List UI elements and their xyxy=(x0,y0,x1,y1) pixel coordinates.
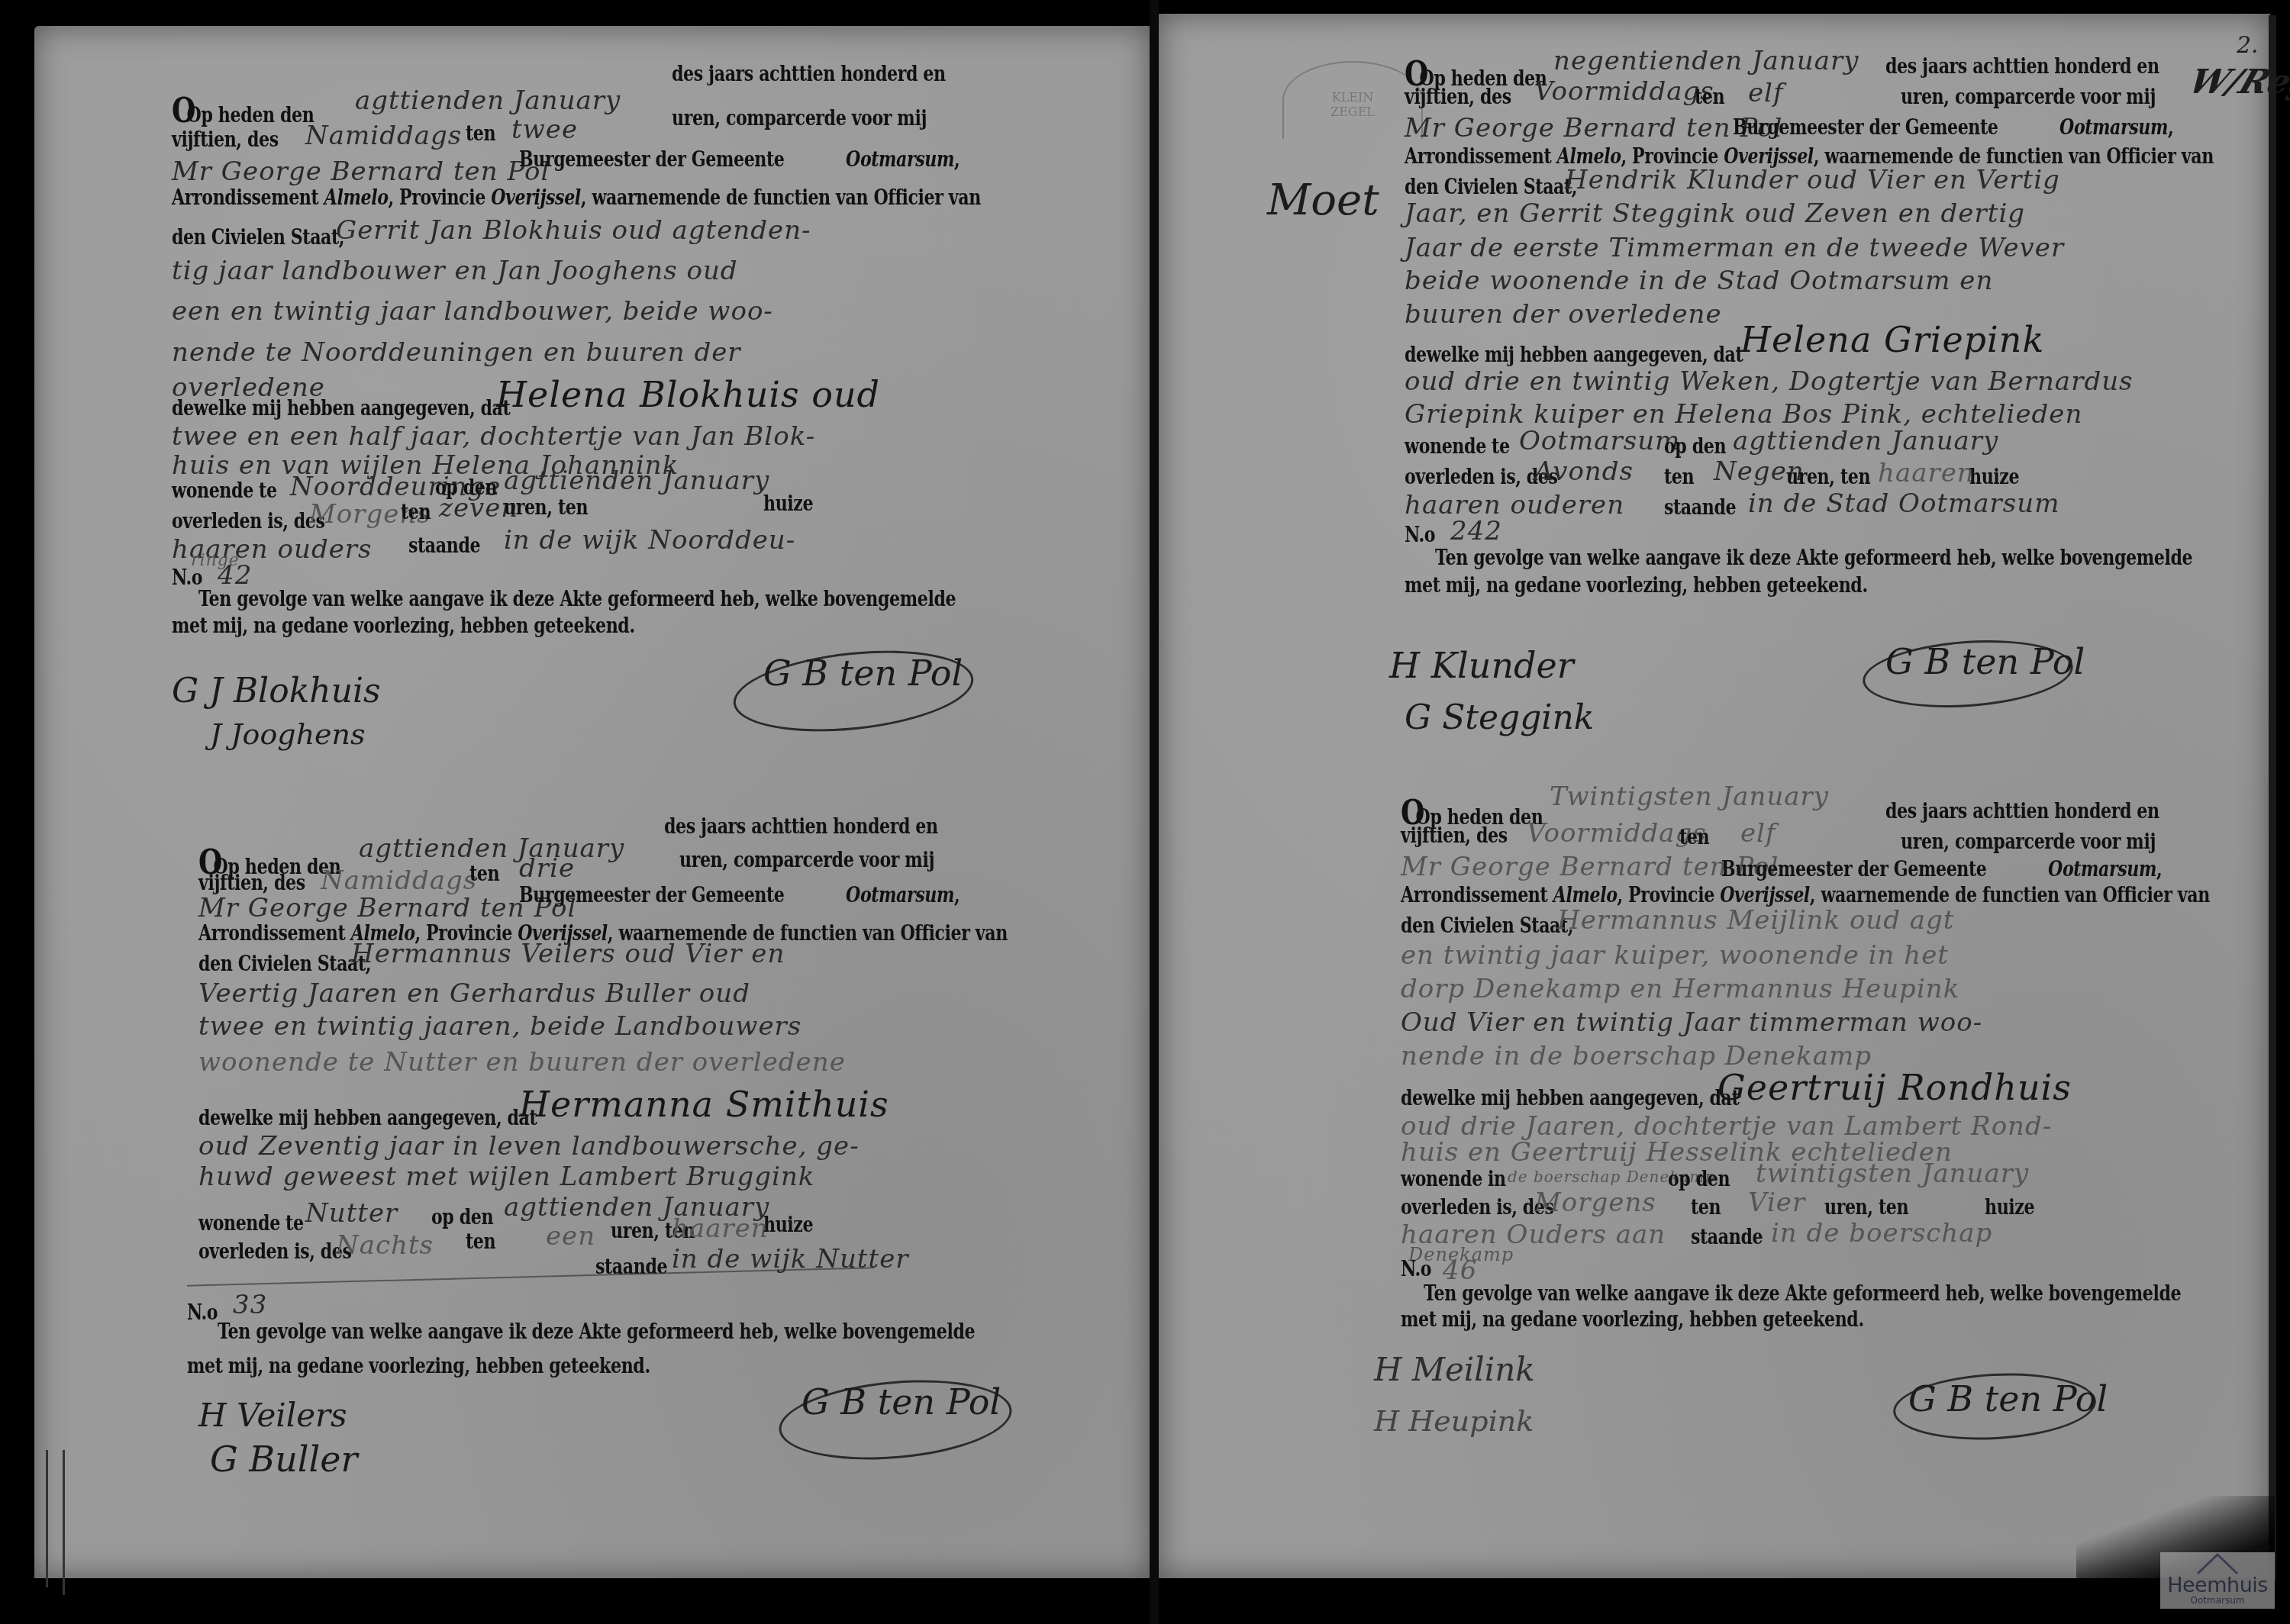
record-number: 46 xyxy=(1443,1255,1477,1286)
informant-signature: G Steggink xyxy=(1405,698,1594,737)
house-roof-icon xyxy=(2195,1552,2240,1575)
informant-signature: H Heupink xyxy=(1374,1404,1534,1438)
informant-signature: H Veilers xyxy=(198,1397,347,1434)
mayor-signature: G B ten Pol xyxy=(1908,1378,2108,1419)
deceased-name: Helena Griepink xyxy=(1740,319,2044,360)
informant-signature: G Buller xyxy=(210,1439,357,1480)
informants: Gerrit Jan Blokhuis oud agtenden- xyxy=(336,215,811,246)
informant-signature: J Jooghens xyxy=(210,717,366,751)
informant-signature: H Klunder xyxy=(1389,645,1574,686)
death-date: agttienden January xyxy=(504,466,769,496)
deceased-name: Geertruij Rondhuis xyxy=(1717,1067,2072,1108)
page-edge-right xyxy=(2269,15,2276,1580)
informant-signature: H Meilink xyxy=(1374,1351,1535,1388)
book-gutter xyxy=(1150,0,1159,1624)
record-number: 242 xyxy=(1450,516,1502,546)
page-edge-line xyxy=(63,1450,65,1595)
part-of-day: Namiddags xyxy=(305,121,462,151)
heemhuis-watermark: Heemhuis Ootmarsum xyxy=(2160,1552,2275,1609)
record-number: 42 xyxy=(218,560,252,591)
record-date: agttienden January xyxy=(355,85,621,116)
margin-note: Moet xyxy=(1267,176,1379,225)
mayor-signature: G B ten Pol xyxy=(763,652,963,694)
record-date: Twintigsten January xyxy=(1550,781,1829,812)
deceased-name: Hermanna Smithuis xyxy=(519,1084,889,1125)
watermark-brand: Heemhuis xyxy=(2160,1574,2275,1597)
official-name: Mr George Bernard ten Pol xyxy=(172,156,550,187)
record-date: agttienden January xyxy=(359,833,624,864)
deceased-name: Helena Blokhuis oud xyxy=(496,374,880,415)
record-number: 33 xyxy=(233,1290,267,1320)
record-date: negentienden January xyxy=(1553,46,1859,76)
hour: twee xyxy=(511,114,578,145)
watermark-place: Ootmarsum xyxy=(2160,1595,2275,1606)
mayor-signature: G B ten Pol xyxy=(1885,641,2085,682)
mayor-signature: G B ten Pol xyxy=(801,1381,1001,1423)
informant-signature: G J Blokhuis xyxy=(172,672,381,710)
folio-number: 2. xyxy=(2237,32,2259,59)
page-edge-line xyxy=(46,1450,48,1587)
embossed-stamp: KLEIN ZEGEL xyxy=(1282,61,1423,139)
printed-op-heden: OOp heden den xyxy=(172,92,314,130)
